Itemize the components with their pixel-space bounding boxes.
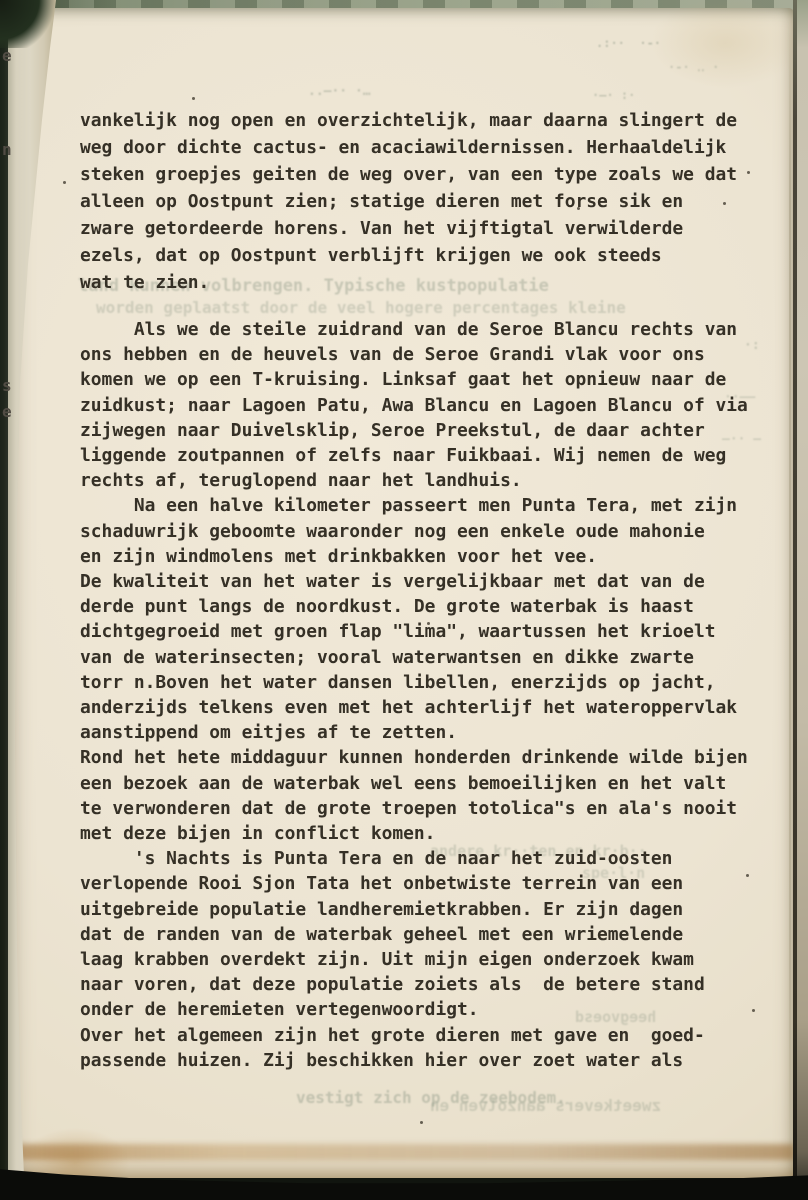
text-line: met deze bijen in conflict komen. <box>80 821 748 846</box>
book-cover-left-strip <box>0 0 8 1200</box>
paper-speck <box>747 171 750 174</box>
text-line: torr n.Boven het water dansen libellen, … <box>80 670 748 695</box>
text-line: onder de heremieten vertegenwoordigt. <box>80 997 748 1022</box>
text-line: Als we de steile zuidrand van de Seroe B… <box>80 317 748 342</box>
text-line: passende huizen. Zij beschikken hier ove… <box>80 1048 748 1073</box>
text-line: zijwegen naar Duivelsklip, Seroe Preekst… <box>80 418 748 443</box>
text-line: een bezoek aan de waterbak wel eens bemo… <box>80 771 748 796</box>
typewritten-paragraph-1: vankelijk nog open en overzichtelijk, ma… <box>80 107 737 296</box>
ghost-text-fragment: .:·· ·-· <box>596 36 661 50</box>
text-line: liggende zoutpannen of zelfs naar Fuikba… <box>80 443 748 468</box>
text-line: dat de randen van de waterbak geheel met… <box>80 922 748 947</box>
paper-speck <box>752 1009 755 1012</box>
text-line: ons hebben en de heuvels van de Seroe Gr… <box>80 342 748 367</box>
text-line: zware getordeerde horens. Van het vijfti… <box>80 215 737 242</box>
text-line: uitgebreide populatie landheremietkrabbe… <box>80 897 748 922</box>
text-line: rechts af, teruglopend naar het landhuis… <box>80 468 748 493</box>
ghost-text-fragment: ..—·· ·… <box>308 84 371 99</box>
paper-speck <box>420 1121 423 1124</box>
text-line: weg door dichte cactus- en acaciawildern… <box>80 134 737 161</box>
paper-speck <box>577 207 580 210</box>
text-line: schaduwrijk geboomte waaronder nog een e… <box>80 519 748 544</box>
paper-speck <box>723 202 726 205</box>
text-line: van de waterinsecten; vooral waterwantse… <box>80 645 748 670</box>
text-line: laag krabben overdekt zijn. Uit mijn eig… <box>80 947 748 972</box>
text-line: anderzijds telkens even met het achterli… <box>80 695 748 720</box>
text-line: aanstippend om eitjes af te zetten. <box>80 720 748 745</box>
text-line: dichtgegroeid met groen flap "lima", waa… <box>80 619 748 644</box>
text-line: alleen op Oostpunt zien; statige dieren … <box>80 188 737 215</box>
scanned-book-page-photo: .:·· ·-··-· ‥ ·..—·· ·…·–· :·land kunnen… <box>0 0 808 1200</box>
ghost-text-fragment: ·–· :· <box>592 88 635 102</box>
ghost-text-fragment: ·-· ‥ · <box>668 60 719 74</box>
text-line: Na een halve kilometer passeert men Punt… <box>80 493 748 518</box>
ghost-text-fragment: worden geplaatst door de veel hogere per… <box>96 298 626 317</box>
text-line: naar voren, dat deze populatie zoiets al… <box>80 972 748 997</box>
edge-letter: e <box>2 46 12 65</box>
paper-speck <box>746 874 749 877</box>
text-line: derde punt langs de noordkust. De grote … <box>80 594 748 619</box>
paper-speck <box>192 97 195 100</box>
paper-speck <box>63 181 66 184</box>
text-line: De kwaliteit van het water is vergelijkb… <box>80 569 748 594</box>
text-line: 's Nachts is Punta Tera en de naar het z… <box>80 846 748 871</box>
paper-speck <box>570 174 573 177</box>
text-line: Rond het hete middaguur kunnen honderden… <box>80 745 748 770</box>
typewritten-paragraph-2: Als we de steile zuidrand van de Seroe B… <box>80 317 748 1073</box>
ghost-text-fragment: zweetkevers aanzolven en <box>430 1096 661 1115</box>
text-line: Over het algemeen zijn het grote dieren … <box>80 1023 748 1048</box>
book-cover-top-left-corner <box>0 0 58 48</box>
edge-letter: s <box>2 376 12 395</box>
text-line: ezels, dat op Oostpunt verblijft krijgen… <box>80 242 737 269</box>
text-line: komen we op een T-kruising. Linksaf gaat… <box>80 367 748 392</box>
edge-letter: e <box>2 402 12 421</box>
text-line: verlopende Rooi Sjon Tata het onbetwiste… <box>80 871 748 896</box>
paper-speck <box>427 622 430 625</box>
text-line: zuidkust; naar Lagoen Patu, Awa Blancu e… <box>80 393 748 418</box>
edge-letter: n <box>2 140 12 159</box>
text-line: te verwonderen dat de grote troepen toto… <box>80 796 748 821</box>
text-line: steken groepjes geiten de weg over, van … <box>80 161 737 188</box>
text-line: wat te zien. <box>80 269 737 296</box>
text-line: en zijn windmolens met drinkbakken voor … <box>80 544 748 569</box>
text-line: vankelijk nog open en overzichtelijk, ma… <box>80 107 737 134</box>
next-page-edge-sliver <box>797 0 808 1200</box>
